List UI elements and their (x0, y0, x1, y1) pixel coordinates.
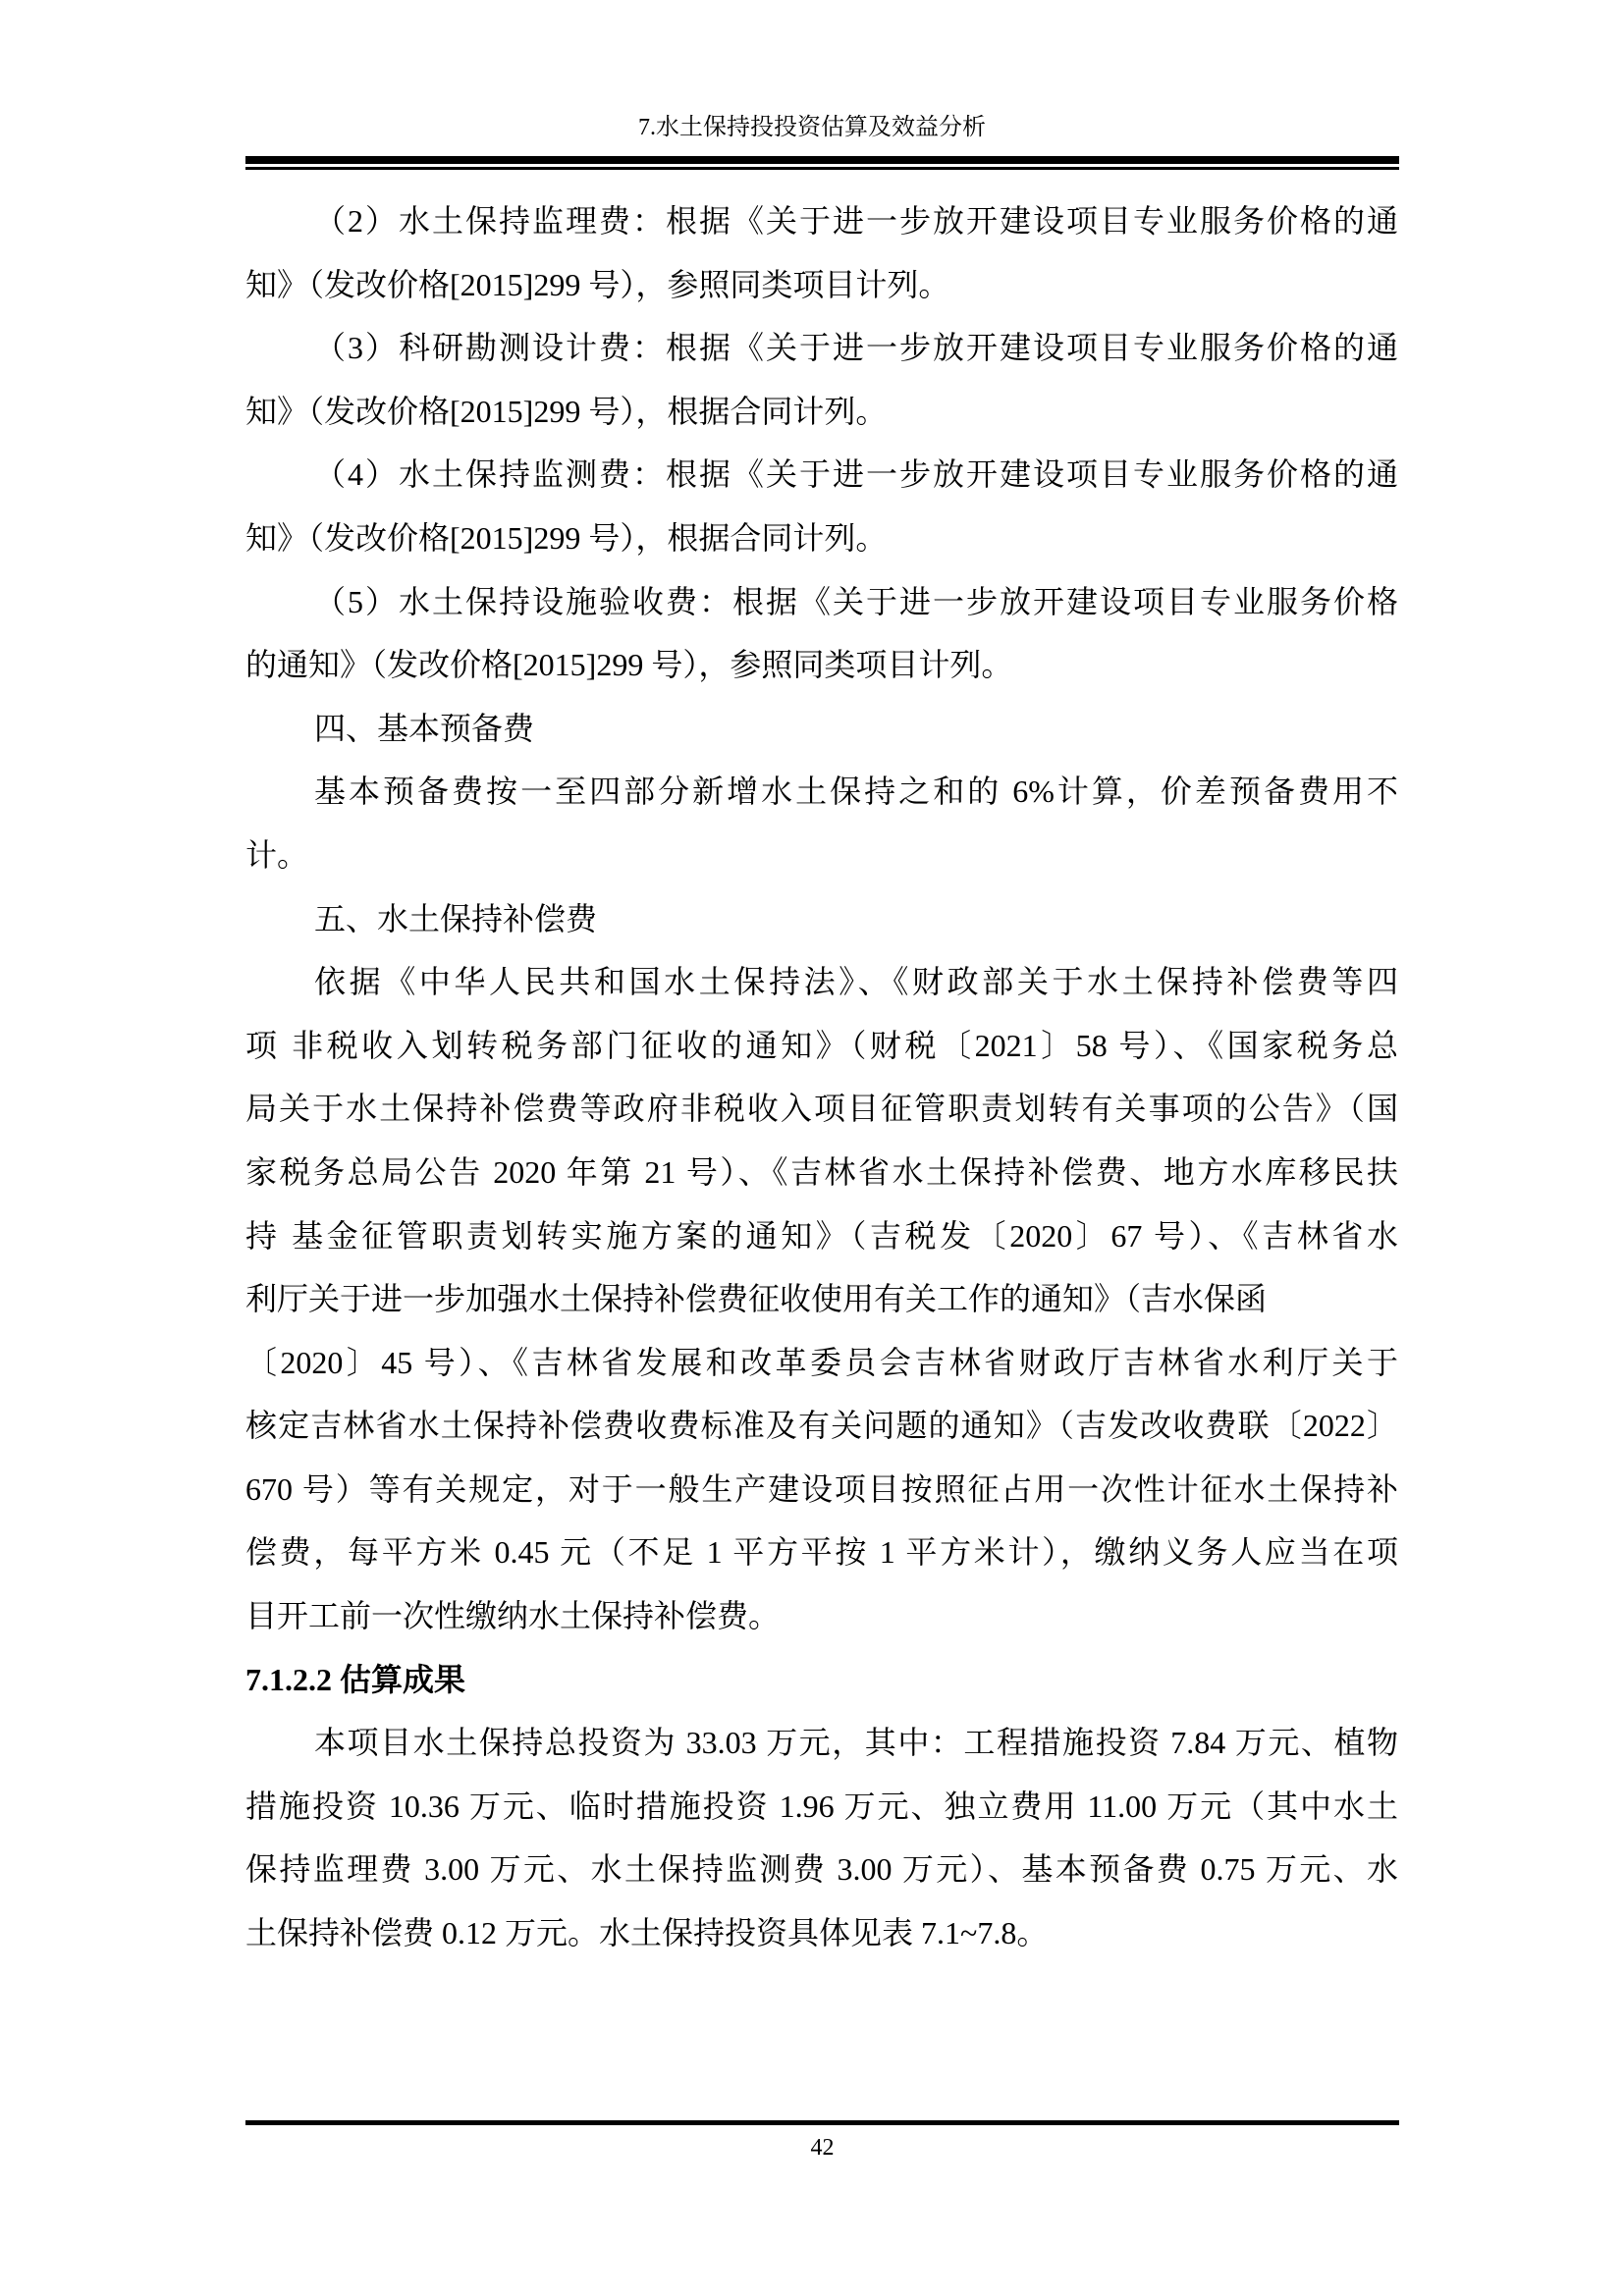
body-line: 的通知》（发改价格[2015]299 号），参照同类项目计列。 (245, 633, 1398, 697)
footer-divider (245, 2120, 1399, 2125)
document-body: （2）水土保持监理费：根据《关于进一步放开建设项目专业服务价格的通 知》（发改价… (245, 189, 1398, 1965)
body-line: 五、水土保持补偿费 (245, 887, 1398, 951)
body-line: 土保持补偿费 0.12 万元。水土保持投资具体见表 7.1~7.8。 (245, 1901, 1398, 1965)
body-line: 四、基本预备费 (245, 697, 1398, 761)
header-divider-thick-line (245, 156, 1399, 164)
body-line: 核定吉林省水土保持补偿费收费标准及有关问题的通知》（吉发改收费联〔2022〕 (245, 1394, 1398, 1458)
body-line: 局关于水土保持补偿费等政府非税收入项目征管职责划转有关事项的公告》（国 (245, 1077, 1398, 1141)
body-line: 计。 (245, 824, 1398, 887)
body-line: 项 非税收入划转税务部门征收的通知》（财税〔2021〕58 号）、《国家税务总 (245, 1014, 1398, 1078)
body-line: 知》（发改价格[2015]299 号），根据合同计列。 (245, 507, 1398, 570)
body-line: 670 号）等有关规定，对于一般生产建设项目按照征占用一次性计征水土保持补 (245, 1458, 1398, 1522)
body-line: 目开工前一次性缴纳水土保持补偿费。 (245, 1584, 1398, 1648)
body-line: 保持监理费 3.00 万元、水土保持监测费 3.00 万元）、基本预备费 0.7… (245, 1838, 1398, 1901)
header-divider (245, 156, 1399, 171)
body-line: 利厅关于进一步加强水土保持补偿费征收使用有关工作的通知》（吉水保函 (245, 1267, 1398, 1331)
body-line: 知》（发改价格[2015]299 号），根据合同计列。 (245, 380, 1398, 444)
body-line: 基本预备费按一至四部分新增水土保持之和的 6%计算，价差预备费用不 (245, 760, 1398, 824)
body-line: （3）科研勘测设计费：根据《关于进一步放开建设项目专业服务价格的通 (245, 316, 1398, 380)
body-line: 知》（发改价格[2015]299 号），参照同类项目计列。 (245, 253, 1398, 317)
header-title: 7.水土保持投投资估算及效益分析 (0, 111, 1624, 144)
body-line: 偿费，每平方米 0.45 元（不足 1 平方平按 1 平方米计），缴纳义务人应当… (245, 1521, 1398, 1584)
body-line: （2）水土保持监理费：根据《关于进一步放开建设项目专业服务价格的通 (245, 189, 1398, 253)
section-heading: 7.1.2.2 估算成果 (245, 1648, 1398, 1712)
body-line: （5）水土保持设施验收费：根据《关于进一步放开建设项目专业服务价格 (245, 570, 1398, 634)
document-page: 7.水土保持投投资估算及效益分析 （2）水土保持监理费：根据《关于进一步放开建设… (0, 0, 1624, 2296)
body-line: 本项目水土保持总投资为 33.03 万元，其中：工程措施投资 7.84 万元、植… (245, 1711, 1398, 1775)
body-line: （4）水土保持监测费：根据《关于进一步放开建设项目专业服务价格的通 (245, 443, 1398, 507)
body-line: 〔2020〕45 号）、《吉林省发展和改革委员会吉林省财政厅吉林省水利厅关于 (245, 1331, 1398, 1395)
body-line: 持 基金征管职责划转实施方案的通知》（吉税发〔2020〕67 号）、《吉林省水 (245, 1204, 1398, 1268)
page-number: 42 (245, 2132, 1399, 2163)
header-divider-thin-line (245, 167, 1399, 170)
body-line: 家税务总局公告 2020 年第 21 号）、《吉林省水土保持补偿费、地方水库移民… (245, 1141, 1398, 1204)
body-line: 措施投资 10.36 万元、临时措施投资 1.96 万元、独立费用 11.00 … (245, 1775, 1398, 1839)
body-line: 依据《中华人民共和国水土保持法》、《财政部关于水土保持补偿费等四 (245, 950, 1398, 1014)
